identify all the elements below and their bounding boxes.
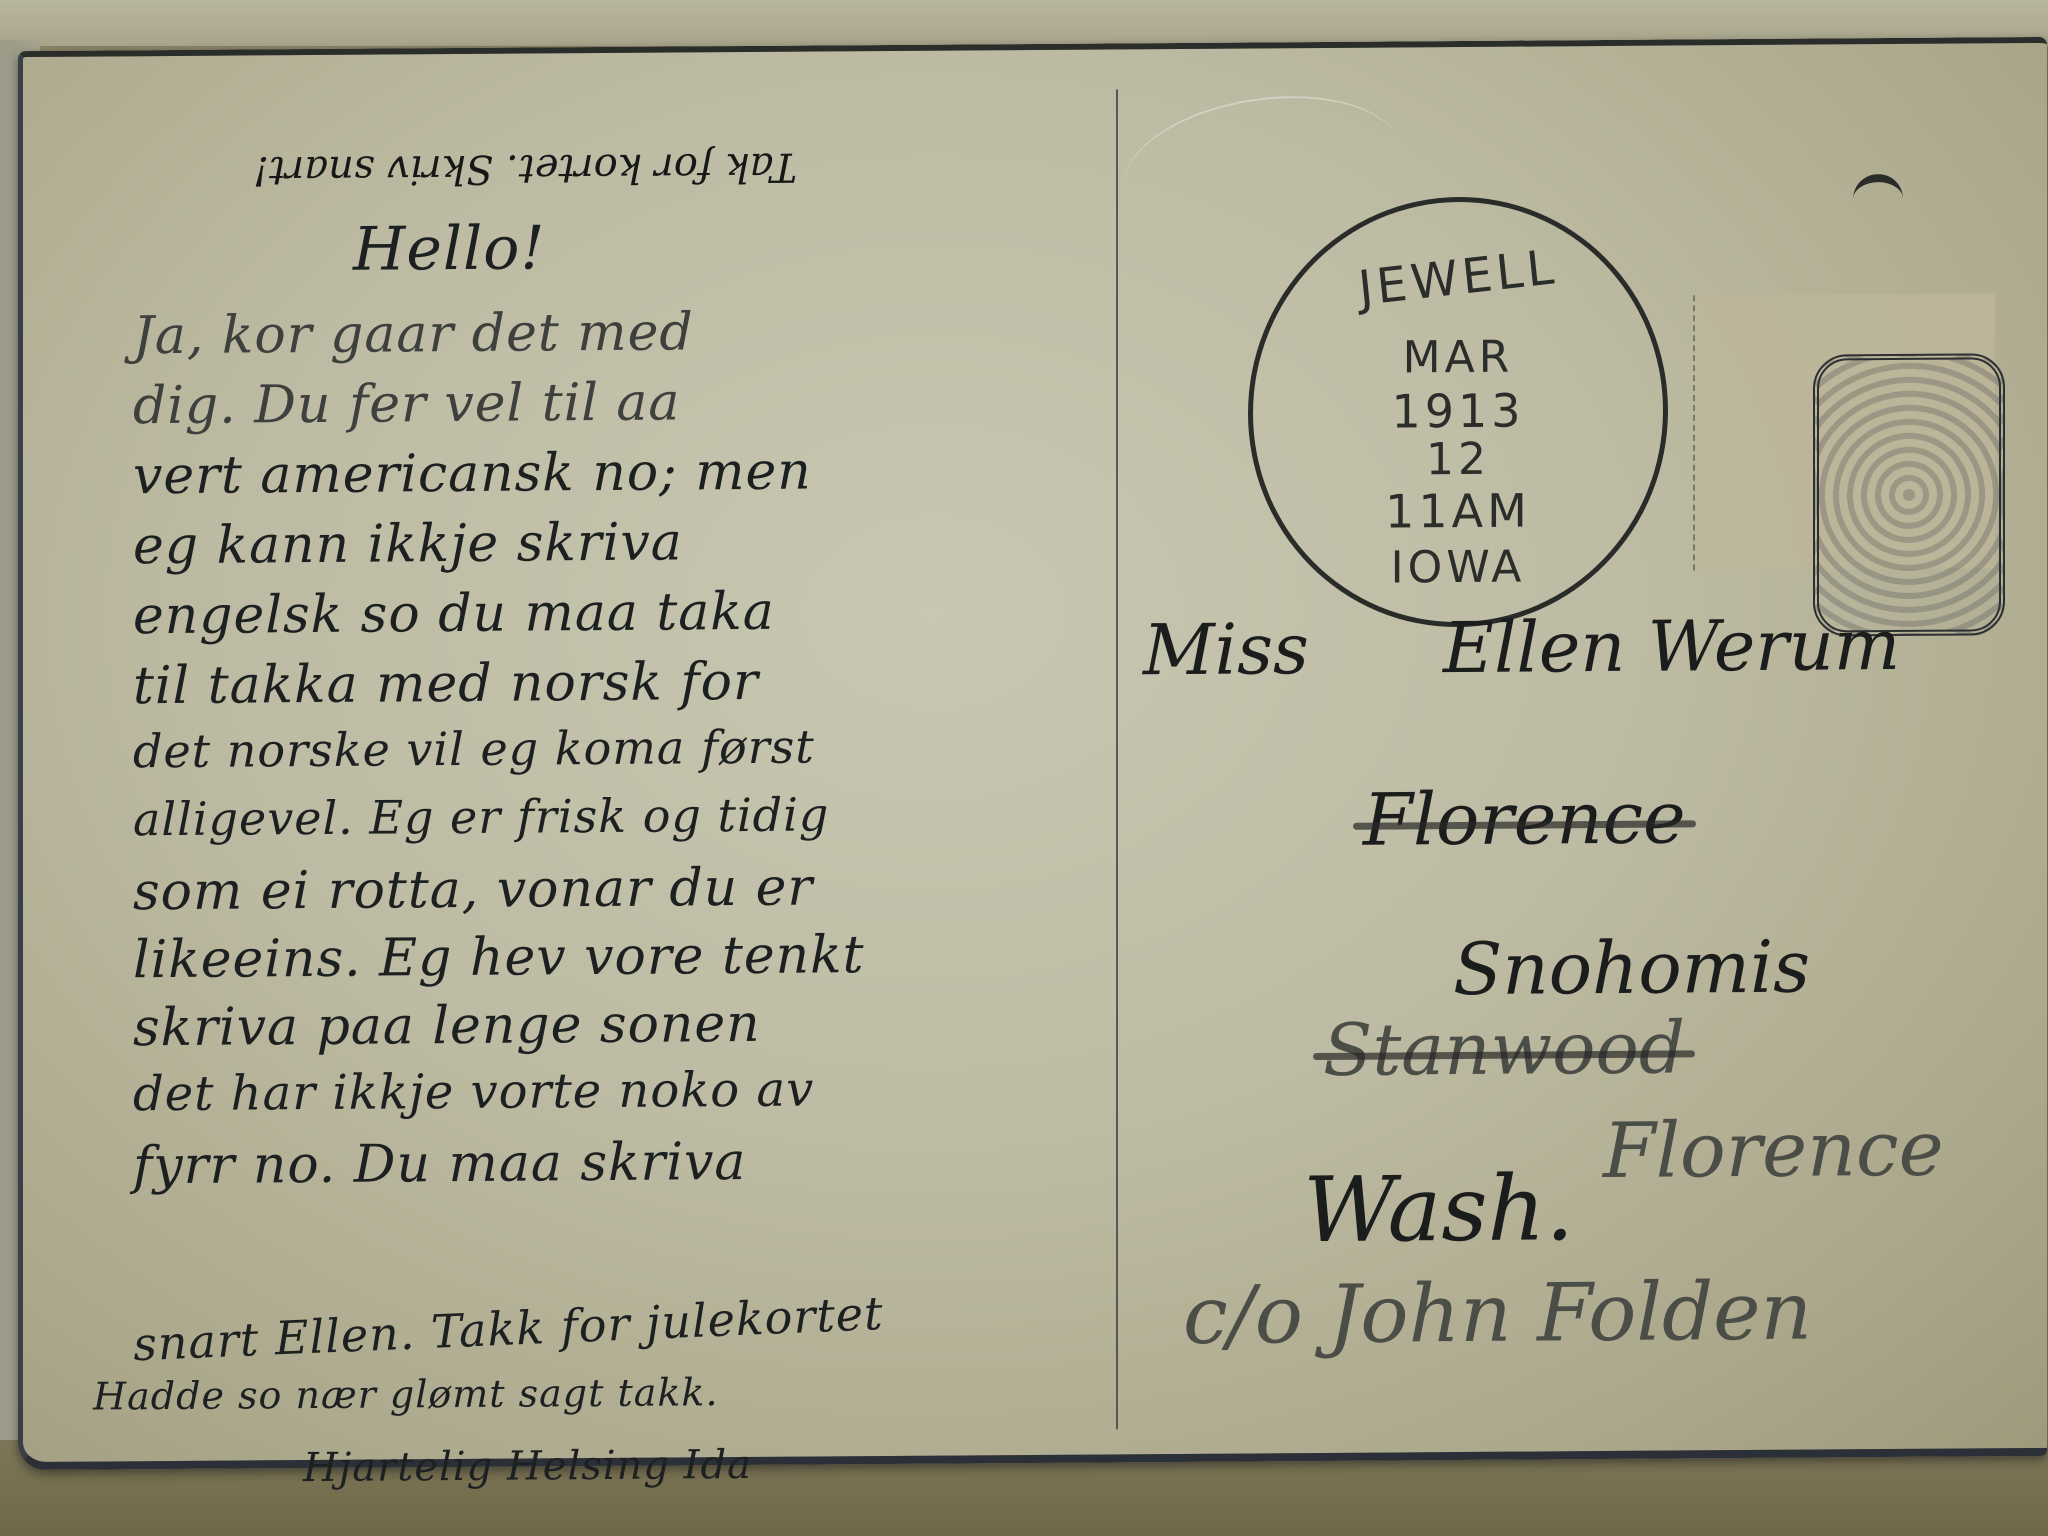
upside-down-note: Tak for kortet. Skriv snart!: [253, 144, 797, 194]
postmark-day: 12: [1253, 433, 1663, 487]
message-line: engelsk so du maa taka: [133, 582, 775, 646]
message-line: snart Ellen. Takk for julekortet: [132, 1286, 884, 1371]
message-line: fyrr no. Du maa skriva: [133, 1132, 746, 1196]
message-line: alligevel. Eg er frisk og tidig: [133, 787, 829, 846]
postmark-state: IOWA: [1253, 541, 1663, 595]
message-line: som ei rotta, vonar du er: [133, 858, 813, 923]
crossed-out-florence: Florence: [1363, 775, 1686, 861]
message-line: vert americansk no; men: [133, 442, 812, 507]
address-crossed-city: Stanwood: [1323, 1005, 1685, 1092]
address-care-of: c/o John Folden: [1183, 1265, 1812, 1362]
stamp-corner-mark: [1853, 174, 1903, 204]
postmark-town: JEWELL: [1251, 227, 1665, 328]
postmark-month: MAR: [1253, 331, 1663, 385]
stamp-box-ornament-icon: [1813, 353, 2005, 636]
message-line: skriva paa lenge sonen: [133, 994, 761, 1058]
message-line: til takka med norsk for: [133, 652, 759, 716]
postmark-year: 1913: [1253, 383, 1663, 440]
signature: Hjartelig Helsing Ida: [303, 1442, 752, 1491]
address-crossed-city: Florence: [1363, 775, 1686, 861]
message-line: dig. Du fer vel til aa: [133, 372, 680, 436]
message-line: det har ikkje vorte noko av: [133, 1062, 814, 1123]
message-line: Ja, kor gaar det med: [133, 302, 694, 366]
address-pencil-city: Florence: [1603, 1104, 1944, 1195]
address-title: Miss: [1143, 608, 1309, 691]
greeting: Hello!: [353, 213, 545, 284]
message-line: likeeins. Eg hev vore tenkt: [133, 925, 865, 990]
address-city: Snohomis: [1453, 925, 1810, 1011]
message-line: det norske vil eg koma først: [133, 720, 815, 779]
address-state: Wash.: [1303, 1156, 1574, 1263]
message-line: eg kann ikkje skriva: [133, 512, 683, 576]
center-divider-line: [1116, 89, 1118, 1429]
postmark: JEWELL MAR 1913 12 11AM IOWA: [1248, 196, 1668, 629]
postmark-time: 11AM: [1253, 483, 1663, 540]
message-line: Hadde so nær glømt sagt takk.: [93, 1370, 719, 1418]
crossed-out-stanwood: Stanwood: [1323, 1005, 1685, 1092]
postcard: Tak for kortet. Skriv snart! Hello! Ja, …: [18, 37, 2047, 1470]
address-name: Ellen Werum: [1443, 604, 1900, 689]
